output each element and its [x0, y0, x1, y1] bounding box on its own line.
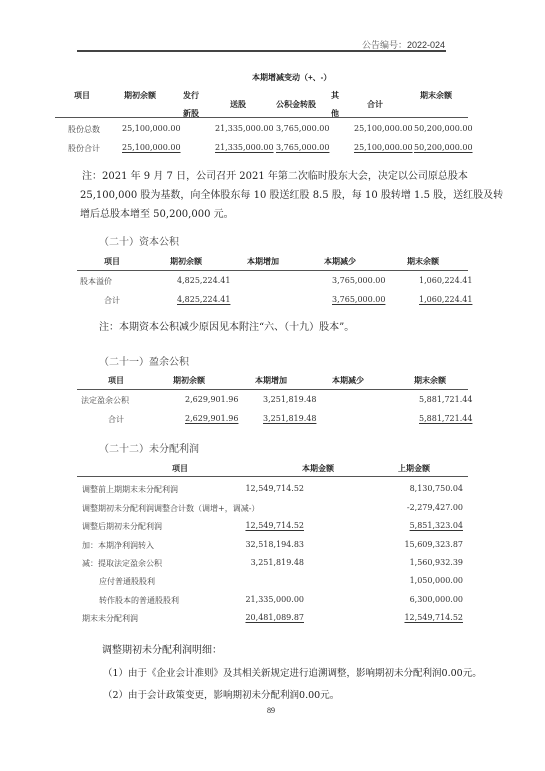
cell-closing: 1,060,224.41: [419, 276, 472, 285]
cell-decrease: 3,765,000.00: [332, 295, 385, 304]
cell-bonus-shares: 21,335,000.00: [215, 124, 274, 133]
col-bonus-shares: 送股: [230, 99, 246, 110]
detail-item-1: （1）由于《企业会计准则》及其相关新规定进行追溯调整，影响期初未分配利润0.00…: [103, 664, 482, 683]
cell-opening: 25,100,000.00: [122, 143, 181, 152]
col-current: 本期金额: [302, 463, 334, 474]
col-issue-new-1: 发行: [183, 90, 199, 101]
row-item: 调整后期初未分配利润: [82, 521, 162, 532]
cell-prior: 15,609,323.87: [404, 540, 463, 549]
col-closing: 期末余额: [407, 256, 439, 267]
cell-closing: 50,200,000.00: [414, 124, 473, 133]
cell-current: 12,549,714.52: [245, 484, 304, 493]
col-closing: 期末余额: [414, 375, 446, 386]
detail-item-2: （2）由于会计政策变更，影响期初未分配利润0.00元。: [103, 686, 339, 705]
cell-subtotal: 25,100,000.00: [354, 143, 413, 152]
table-rule: [77, 389, 468, 390]
detail-title: 调整期初未分配利润明细：: [102, 641, 222, 660]
announcement-code: 2022-024: [407, 40, 445, 50]
col-item: 项目: [172, 463, 188, 474]
cell-increase: 3,251,819.48: [263, 395, 316, 404]
row-item: 减：提取法定盈余公积: [82, 558, 162, 569]
row-item: 法定盈余公积: [81, 395, 129, 406]
cell-closing: 5,881,721.44: [419, 395, 472, 404]
cell-bonus-shares: 21,335,000.00: [215, 143, 274, 152]
col-opening: 期初余额: [170, 256, 202, 267]
cell-prior: 12,549,714.52: [404, 613, 463, 622]
cell-reserve-conversion: 3,765,000.00: [276, 143, 329, 152]
row-item: 股份总数: [68, 124, 100, 135]
cell-current: 12,549,714.52: [245, 521, 304, 530]
row-item: 转作股本的普通股股利: [99, 595, 179, 606]
col-opening: 期初余额: [124, 90, 156, 101]
table-rule: [77, 270, 468, 271]
cell-increase: 3,251,819.48: [263, 414, 316, 423]
cell-prior: 1,050,000.00: [410, 576, 463, 585]
cell-opening: 2,629,901.96: [185, 395, 238, 404]
cell-closing: 5,881,721.44: [419, 414, 472, 423]
col-closing: 期末余额: [420, 90, 452, 101]
table-rule: [55, 117, 468, 118]
capital-reserve-note: 注：本期资本公积减少原因见本附注“六、（十九）股本”。: [99, 318, 354, 337]
col-opening: 期初余额: [173, 375, 205, 386]
col-decrease: 本期减少: [324, 256, 356, 267]
col-subtotal: 合计: [367, 99, 383, 110]
cell-prior: 6,300,000.00: [410, 595, 463, 604]
row-item: 调整前上期期末未分配利润: [82, 484, 178, 495]
group-header: 本期增减变动（+、-）: [252, 72, 331, 83]
row-item: 调整期初未分配利润调整合计数（调增+，调减-）: [82, 503, 259, 514]
note-line: 增后总股本增至 50,200,000 元。: [80, 205, 234, 224]
cell-current: 32,518,194.83: [245, 540, 304, 549]
cell-current: 20,481,089.87: [245, 613, 304, 622]
cell-closing: 50,200,000.00: [414, 143, 473, 152]
row-item: 加：本期净利润转入: [82, 540, 154, 551]
note-line: 注：2021 年 9 月 7 日，公司召开 2021 年第二次临时股东大会，决定…: [82, 167, 468, 186]
cell-opening: 4,825,224.41: [177, 276, 230, 285]
row-item: 合计: [108, 414, 124, 425]
cell-reserve-conversion: 3,765,000.00: [276, 124, 329, 133]
cell-opening: 4,825,224.41: [177, 295, 230, 304]
col-prior: 上期金额: [398, 463, 430, 474]
col-increase: 本期增加: [247, 256, 279, 267]
section-title-surplus-reserve: （二十一）盈余公积: [99, 353, 189, 368]
document-page: 公告编号：2022-024 本期增减变动（+、-） 项目 期初余额 发行 新股 …: [0, 0, 545, 771]
cell-current: 21,335,000.00: [245, 595, 304, 604]
col-decrease: 本期减少: [332, 375, 364, 386]
row-item: 股本溢价: [80, 276, 112, 287]
cell-prior: 5,851,323.04: [410, 521, 463, 530]
row-item: 合计: [104, 295, 120, 306]
cell-opening: 2,629,901.96: [185, 414, 238, 423]
row-item: 期末未分配利润: [82, 613, 138, 624]
row-item: 股份合计: [68, 143, 100, 154]
note-line: 25,100,000 股为基数，向全体股东每 10 股送红股 8.5 股，每 1…: [80, 186, 503, 205]
col-reserve-conversion: 公积金转股: [276, 99, 316, 110]
cell-closing: 1,060,224.41: [419, 295, 472, 304]
cell-prior: 8,130,750.04: [410, 484, 463, 493]
cell-subtotal: 25,100,000.00: [354, 124, 413, 133]
row-item: 应付普通股股利: [99, 576, 155, 587]
col-increase: 本期增加: [255, 375, 287, 386]
cell-prior: -2,279,427.00: [407, 503, 463, 512]
cell-current: 3,251,819.48: [251, 558, 304, 567]
section-title-undistributed-profit: （二十二）未分配利润: [99, 440, 199, 455]
cell-prior: 1,560,932.39: [410, 558, 463, 567]
col-item: 项目: [104, 256, 120, 267]
col-item: 项目: [74, 90, 90, 101]
table-rule: [77, 476, 468, 477]
header-rule: [77, 50, 446, 52]
cell-opening: 25,100,000.00: [122, 124, 181, 133]
section-title-capital-reserve: （二十）资本公积: [99, 233, 179, 248]
col-other-1: 其: [331, 90, 339, 101]
cell-decrease: 3,765,000.00: [332, 276, 385, 285]
col-item: 项目: [108, 375, 124, 386]
page-number: 89: [267, 706, 275, 715]
